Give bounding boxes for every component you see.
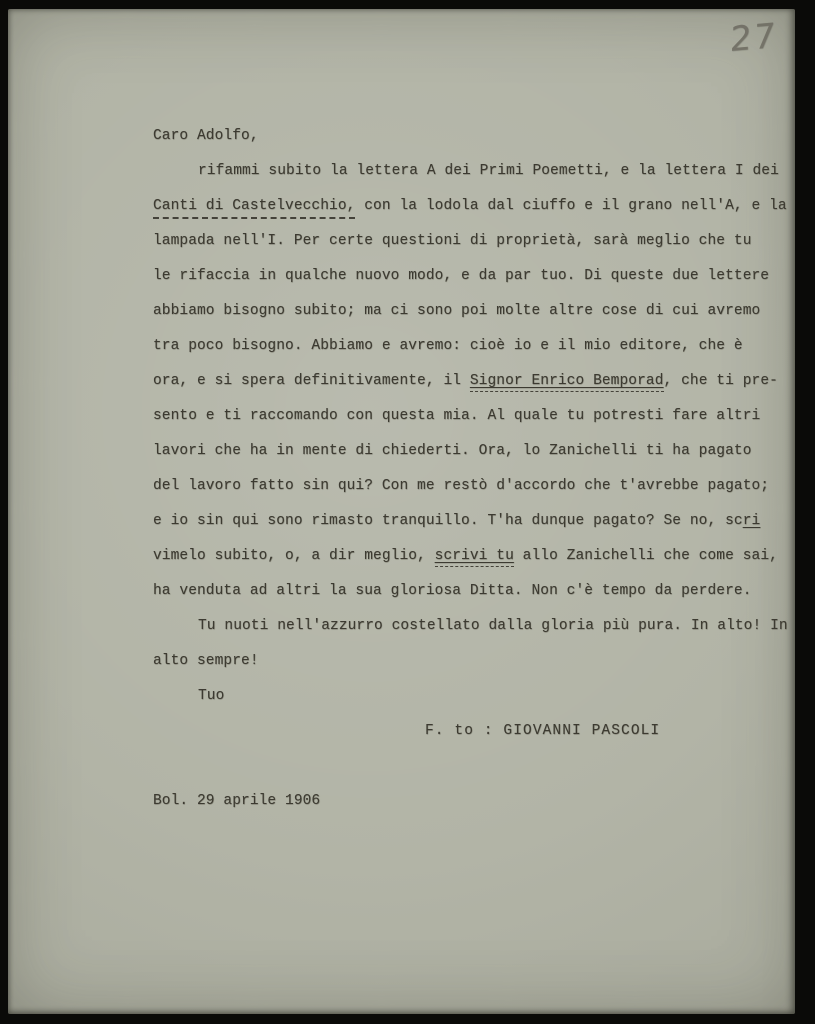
letter-line: alto sempre! [153, 644, 781, 679]
letter-line: Caro Adolfo, [153, 119, 781, 154]
text-segment: lavori che ha in mente di chiederti. Ora… [153, 443, 752, 459]
text-segment: lampada nell'I. Per certe questioni di p… [153, 233, 752, 249]
letter-paper: 27 Caro Adolfo,rifammi subito la lettera… [8, 9, 795, 1014]
text-segment: sento e ti raccomando con questa mia. Al… [153, 408, 760, 424]
letter-line: le rifaccia in qualche nuovo modo, e da … [153, 259, 781, 294]
signature: F. to : GIOVANNI PASCOLI [425, 723, 660, 739]
letter-line: F. to : GIOVANNI PASCOLI [153, 714, 781, 749]
text-segment: e io sin qui sono rimasto tranquillo. T'… [153, 513, 743, 529]
text-segment: ha venduta ad altri la sua gloriosa Ditt… [153, 583, 752, 599]
text-segment: allo Zanichelli che come sai, [514, 548, 778, 564]
letter-line: Tuo [153, 679, 781, 714]
letter-line: del lavoro fatto sin qui? Con me restò d… [153, 469, 781, 504]
letter-line: abbiamo bisogno subito; ma ci sono poi m… [153, 294, 781, 329]
book-title-underlined: Canti di Castelvecchio, [153, 198, 355, 219]
letter-line: e io sin qui sono rimasto tranquillo. T'… [153, 504, 781, 539]
place-date: Bol. 29 aprile 1906 [153, 793, 320, 809]
letter-line [153, 749, 781, 784]
text-segment: vimelo subito, o, a dir meglio, [153, 548, 435, 564]
text-segment: tra poco bisogno. Abbiamo e avremo: cioè… [153, 338, 743, 354]
text-segment: ora, e si spera definitivamente, il [153, 373, 470, 389]
letter-line: lavori che ha in mente di chiederti. Ora… [153, 434, 781, 469]
text-segment: le rifaccia in qualche nuovo modo, e da … [153, 268, 769, 284]
text-segment: con la lodola dal ciuffo e il grano nell… [355, 198, 786, 214]
salutation: Caro Adolfo, [153, 128, 259, 144]
letter-line: lampada nell'I. Per certe questioni di p… [153, 224, 781, 259]
text-segment: rifammi subito la lettera A dei Primi Po… [198, 163, 779, 179]
emphasized-phrase-underlined: scrivi tu [435, 548, 514, 567]
closing: Tuo [198, 688, 224, 704]
text-segment: del lavoro fatto sin qui? Con me restò d… [153, 478, 769, 494]
letter-line: Bol. 29 aprile 1906 [153, 784, 781, 819]
text-segment: abbiamo bisogno subito; ma ci sono poi m… [153, 303, 760, 319]
scanned-letter-page: 27 Caro Adolfo,rifammi subito la lettera… [0, 0, 815, 1024]
publisher-name-underlined: Signor Enrico Bemporad [470, 373, 664, 392]
letter-line: rifammi subito la lettera A dei Primi Po… [153, 154, 781, 189]
underlined-word-part: ri [743, 513, 761, 529]
letter-line: tra poco bisogno. Abbiamo e avremo: cioè… [153, 329, 781, 364]
letter-line: sento e ti raccomando con questa mia. Al… [153, 399, 781, 434]
letter-line: ora, e si spera definitivamente, il Sign… [153, 364, 781, 399]
letter-line: Tu nuoti nell'azzurro costellato dalla g… [153, 609, 781, 644]
letter-line: ha venduta ad altri la sua gloriosa Ditt… [153, 574, 781, 609]
text-segment: Tu nuoti nell'azzurro costellato dalla g… [198, 618, 788, 634]
letter-line: Canti di Castelvecchio, con la lodola da… [153, 189, 781, 224]
text-segment: , che ti pre- [664, 373, 778, 389]
handwritten-page-number: 27 [729, 14, 801, 60]
letter-line: vimelo subito, o, a dir meglio, scrivi t… [153, 539, 781, 574]
text-segment: alto sempre! [153, 653, 259, 669]
letter-body: Caro Adolfo,rifammi subito la lettera A … [153, 119, 781, 819]
